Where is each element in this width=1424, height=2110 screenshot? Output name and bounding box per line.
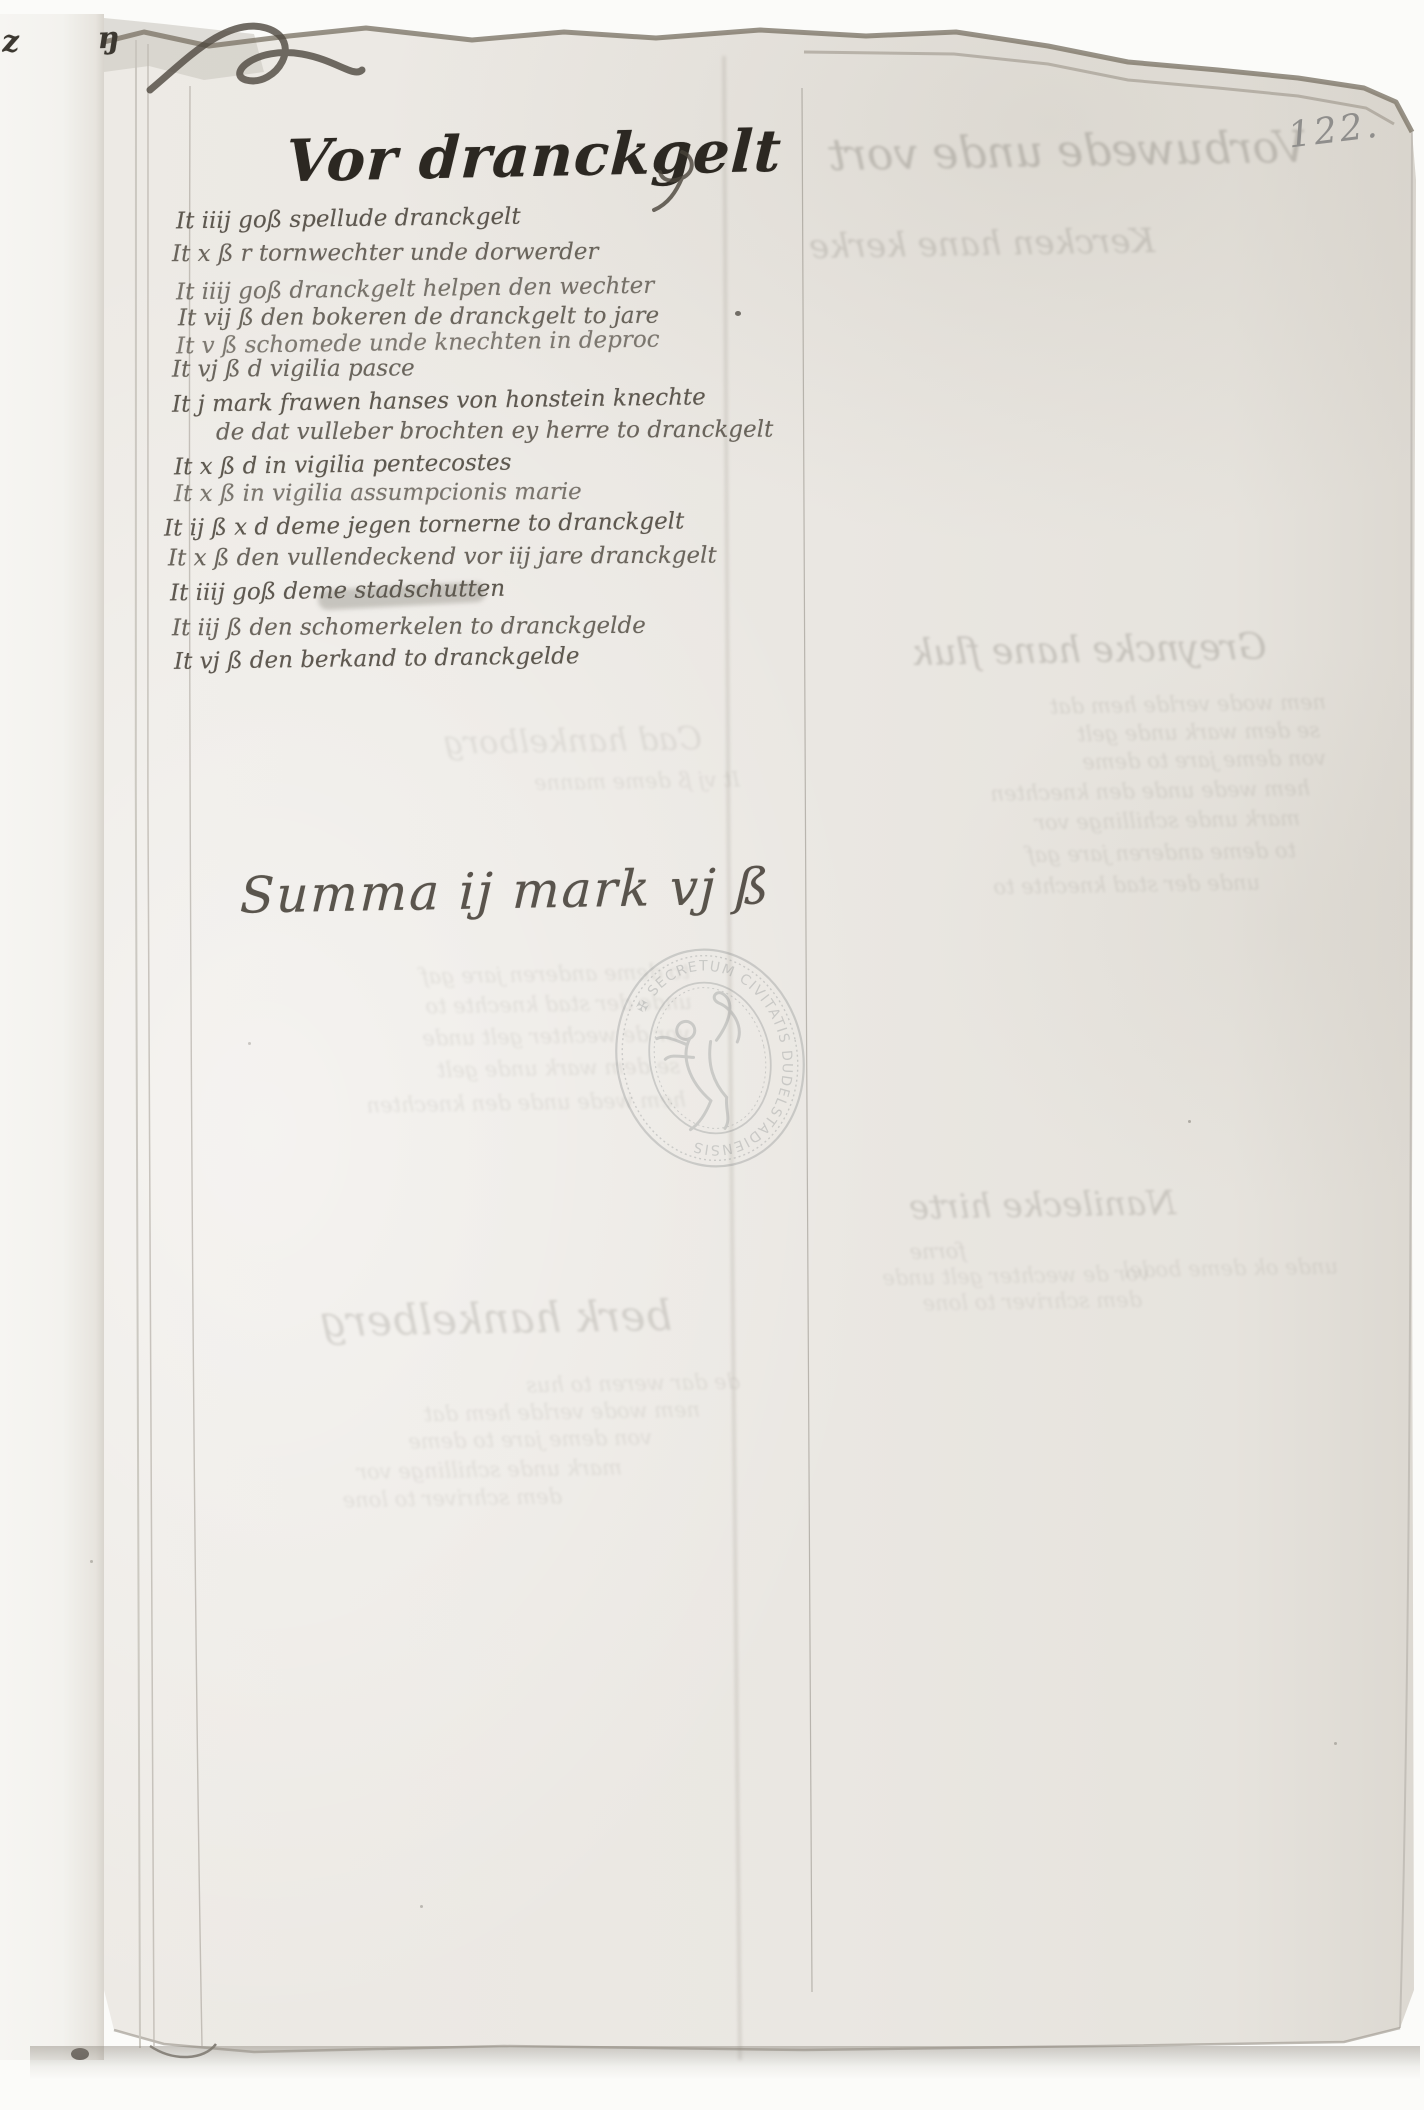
account-entry: de dat vulleber brochten ey herre to dra… bbox=[216, 417, 773, 446]
gutter-edge-line-2 bbox=[147, 44, 154, 2046]
edge-inscription: z ŋ bbox=[1, 19, 153, 59]
bleedthrough-heading-top-2: Kercken hane kerke bbox=[815, 221, 1156, 267]
bleedthrough-heading-right-1: Greyncke hane fluk bbox=[842, 626, 1337, 676]
bleedthrough-line: unde ok deme bodel bbox=[1158, 1254, 1338, 1281]
dust-speck bbox=[1188, 1120, 1191, 1123]
account-entry: It x ß d in vigilia pentecostes bbox=[174, 450, 512, 481]
account-entry: It x ß in vigilia assumpcionis marie bbox=[174, 479, 582, 507]
bleedthrough-line: vor de wechter gelt unde bbox=[860, 1261, 1150, 1290]
bleedthrough-heading-lower-left: berk hankelberg bbox=[256, 1290, 737, 1347]
paragraph-flourish-icon bbox=[632, 146, 702, 216]
lion-rampant-icon bbox=[650, 990, 759, 1138]
bleedthrough-line: nem wode verlde hem dat bbox=[420, 1398, 700, 1427]
account-entry: It vj ß d vigilia pasce bbox=[172, 355, 415, 382]
bleedthrough-heading-right-2: Nanilecke hirte bbox=[846, 1183, 1177, 1229]
account-entry: It iij ß den schomerkelen to dranckgelde bbox=[172, 613, 646, 641]
bleedthrough-heading-top: Vorbuwede unde vort bbox=[800, 121, 1336, 181]
dust-speck bbox=[1334, 1742, 1337, 1745]
manuscript-scan: Vorbuwede unde vort Kercken hane kerke G… bbox=[0, 0, 1424, 2110]
ink-dot bbox=[735, 311, 741, 316]
seal-legend-text: ✠ SECRETUM CIVITATIS DUDELSTADIENSIS bbox=[626, 943, 813, 1170]
summa-total-line: Summa ij mark vj ß bbox=[239, 857, 772, 924]
dust-speck bbox=[420, 1905, 423, 1908]
gutter-edge-line-1 bbox=[135, 40, 140, 2048]
account-entry: It iiij goß spellude dranckgelt bbox=[176, 204, 521, 235]
bleedthrough-line: de dar weren to hus bbox=[470, 1370, 740, 1399]
dust-speck bbox=[90, 1560, 93, 1563]
account-entry: It x ß r tornwechter unde dorwerder bbox=[172, 239, 599, 267]
account-entry: It x ß den vullendeckend vor iij jare dr… bbox=[168, 543, 717, 572]
bleedthrough-heading-mid-left: Cad hankelborg bbox=[392, 719, 703, 762]
bleedthrough-line: forne bbox=[846, 1239, 966, 1265]
bleedthrough-line: dem schriver to lone bbox=[382, 1484, 562, 1511]
dust-speck bbox=[248, 1042, 251, 1045]
page-title: Vor dranckgelt bbox=[284, 117, 783, 195]
page-bottom-shadow bbox=[30, 2046, 1420, 2080]
bleedthrough-line: mark unde schillinge vor bbox=[332, 1455, 622, 1484]
bleedthrough-line: dem schriver to lone bbox=[872, 1288, 1142, 1317]
right-page-edge bbox=[1400, 132, 1412, 2028]
facing-page-strip bbox=[0, 14, 104, 2060]
